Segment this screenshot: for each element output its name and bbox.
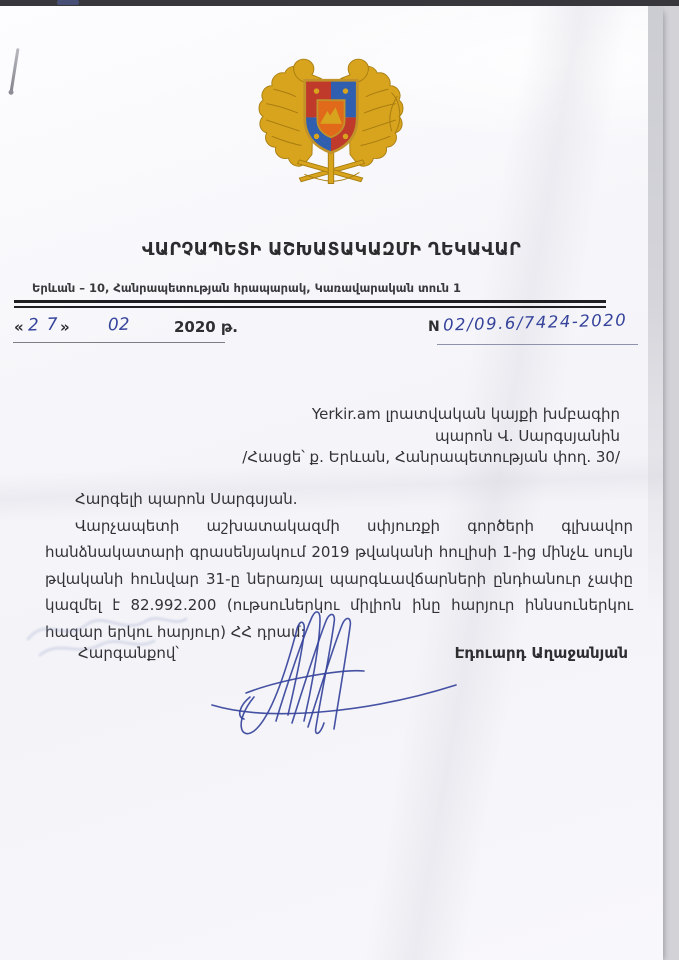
ribbon	[328, 149, 333, 183]
paper-edge-shadow	[648, 5, 663, 645]
addressee-line-3: /Հասցե՝ ք. Երևան, Հանրապետության փող. 30…	[242, 447, 620, 469]
addressee-line-1: Yerkir.am լրատվական կայքի խմբագիր	[242, 404, 620, 426]
date-open-quote: «	[14, 318, 24, 336]
closing-respectfully: Հարգանքով՝	[78, 644, 179, 662]
salutation: Հարգելի պարոն Սարգսյան.	[45, 486, 633, 513]
reference-underline	[437, 344, 638, 345]
ink-smudge-mark	[57, 0, 79, 5]
signature-ink	[192, 601, 467, 751]
staple-mark	[9, 48, 19, 93]
scanned-letter: ՎԱՐՉԱՊԵՏԻ ԱՇԽԱՏԱԿԱԶՄԻ ՂԵԿԱՎԱՐ Երևան – 10…	[0, 0, 679, 960]
date-underline	[13, 342, 225, 343]
armenia-coat-of-arms-icon	[254, 52, 408, 190]
reference-number-handwritten: 02/09.6/7424-2020	[443, 310, 628, 334]
addressee-line-2: պարոն Վ. Սարգսյանին	[242, 426, 620, 448]
letterhead-address: Երևան – 10, Հանրապետության հրապարակ, Կառ…	[32, 281, 461, 295]
signer-name: Էդուարդ Աղաջանյան	[455, 644, 628, 662]
addressee-block: Yerkir.am լրատվական կայքի խմբագիր պարոն …	[242, 404, 620, 469]
letterhead-rule	[14, 300, 606, 308]
letterhead-title: ՎԱՐՉԱՊԵՏԻ ԱՇԽԱՏԱԿԱԶՄԻ ՂԵԿԱՎԱՐ	[0, 240, 663, 260]
reference-label: N	[428, 319, 440, 335]
letter-paper: ՎԱՐՉԱՊԵՏԻ ԱՇԽԱՏԱԿԱԶՄԻ ՂԵԿԱՎԱՐ Երևան – 10…	[0, 5, 663, 960]
date-month-handwritten: 02	[108, 315, 130, 336]
date-close-quote: »	[60, 318, 70, 336]
scan-top-edge	[0, 0, 679, 6]
date-year: 2020 թ.	[174, 318, 238, 336]
